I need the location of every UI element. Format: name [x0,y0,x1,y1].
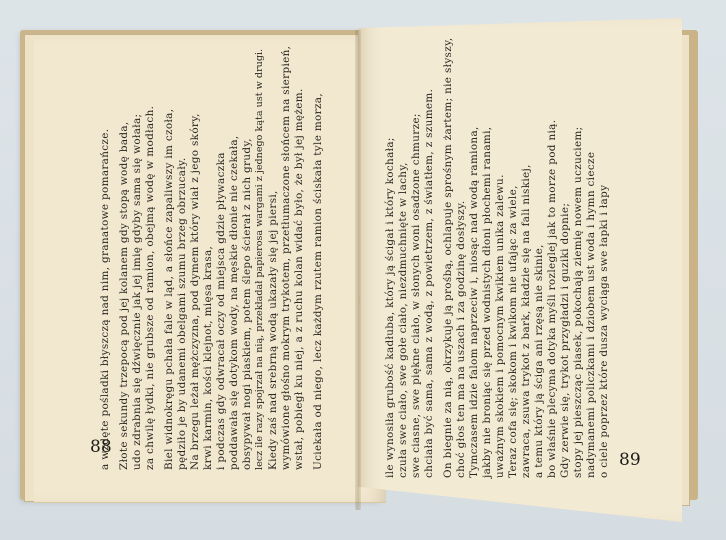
page-number-right: 89 [619,450,641,470]
text-line: Gdy zerwie się, trykot przygładzi i guzi… [560,203,570,478]
text-line: nadymanemi policzkami i dziobem ust woda… [586,152,596,478]
text-line: jakby nie broniąc się przed wodnistych d… [482,127,492,478]
text-line: o ciele poprzez które dusza wyciąga swe … [599,185,609,478]
text-line: uważnym skokiem i pomocnym kwikiem unika… [495,174,505,478]
text-line: za chwilę łydki, nie grubsze od ramion, … [145,106,155,470]
text-line: Kiedy zaś nad srebrną wodą ukazały się j… [268,190,278,470]
text-line: lecz ile razy spojrzał na nią, przekłada… [255,49,265,470]
text-line: Uciekała od niego, lecz każdym rzutem ra… [313,93,323,470]
text-line: Tymczasem idzie falom naprzeciw i, niosą… [469,126,479,478]
text-line: krwi karmin, kości klejnot, mięsa krasa, [203,246,213,470]
binding-stitch [358,295,360,305]
text-line: Biel widnokręgu pchała fale w ląd, a sło… [164,109,174,470]
text-line: stopy jej pieszcząc piasek, pokochają zi… [573,126,583,478]
page-number-left: 88 [90,437,112,457]
text-line: udo zdrabnia się dźwięcznie jak jej imię… [132,114,142,470]
text-line: Teraz cofa się; skokom i kwikom nie ufaj… [508,185,518,478]
text-line: chciała być sama, sama z wodą, z powietr… [424,89,434,478]
text-line: bo właśnie plecyma dotyka myśli rozlegle… [547,120,557,478]
text-line: obsypywał nogi piaskiem, potem ślepo ści… [242,138,252,470]
text-line: choć głos ten ma na uszach i za godzinę … [456,201,466,479]
text-line: a wzdęte pośladki błyszczą nad nim, gran… [100,129,110,470]
text-line: swe ciasne, swe piękne ciało, w słonych … [411,113,421,478]
text-line: a temu który ją ściga ani rzęsą nie skin… [534,244,544,478]
text-line: ile wynosiła grubość kadłuba, który ją ś… [385,137,395,478]
text-line: Złote sekundy trzepocą pod jej kolanem g… [119,121,129,470]
text-line: zawraca, zsuwa trykot z bark, kładzie si… [521,164,531,478]
text-line: Na brzegu leżał mężczyzna, pod dymem któ… [190,113,200,470]
text-line: i podczas gdy odwracał oczy od miejsca g… [216,152,226,470]
text-line: poddawała się dotykom wody, na męskie dł… [229,135,239,470]
book-gutter [355,30,361,510]
text-line: pędziło je by udanemi obelgami szumu brz… [177,157,187,470]
text-line: On biegnie za nią, okrzykuje ją prośbą, … [443,37,453,478]
text-line: czuła swe ciało, swe gołe ciało, niezdmu… [398,162,408,478]
text-line: wstał, pobiegł ku niej, a z ruchu kolan … [294,88,304,470]
text-line: wymówione głośno mokrym trykotem, przetł… [281,46,291,470]
